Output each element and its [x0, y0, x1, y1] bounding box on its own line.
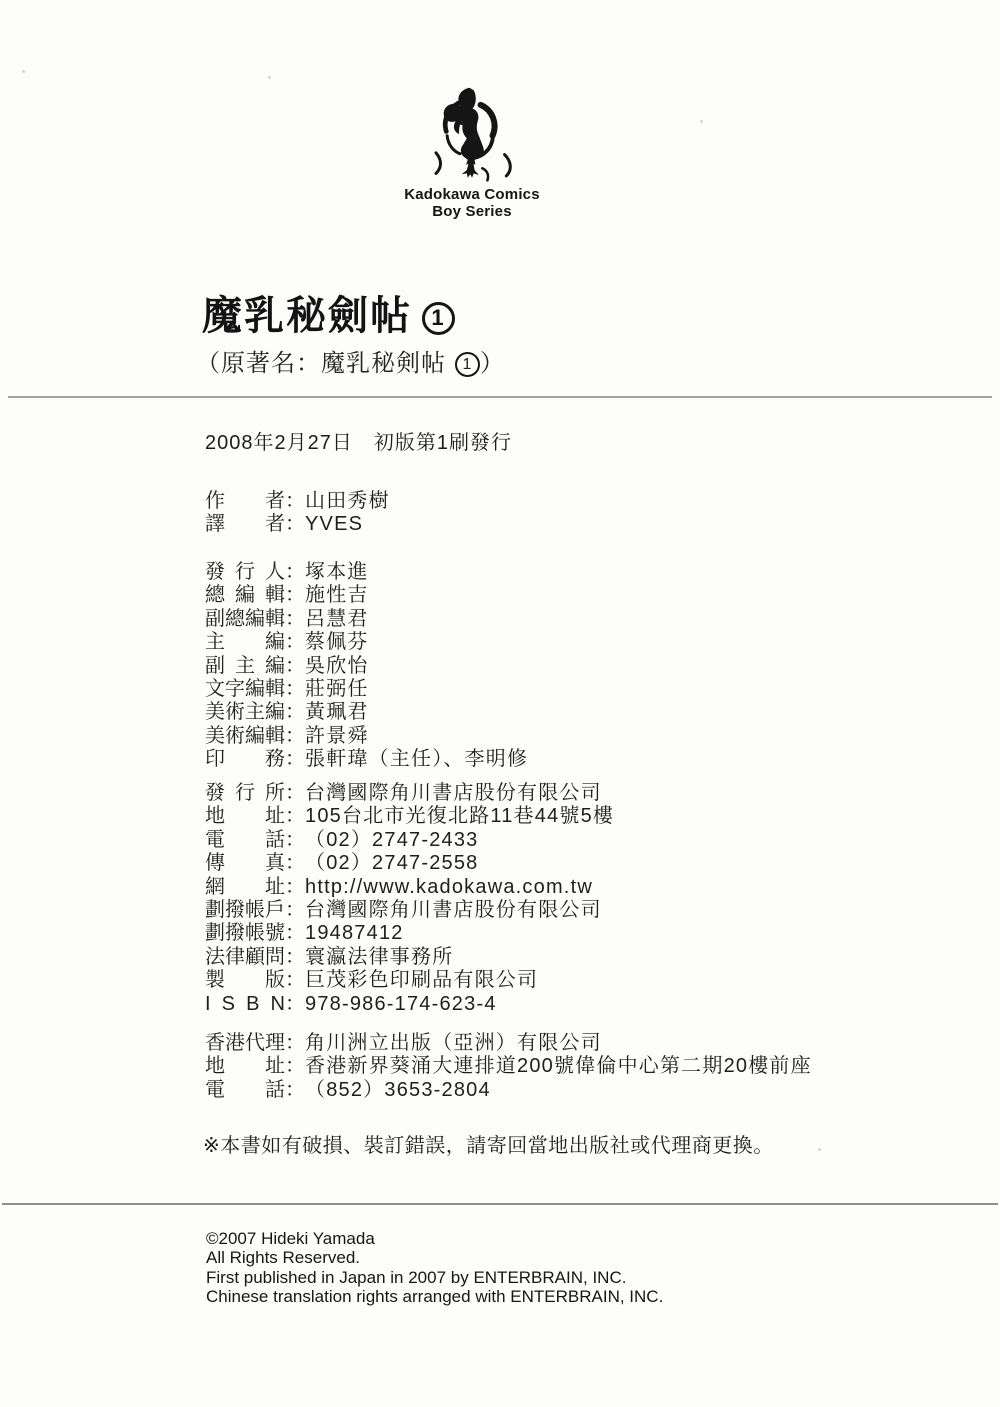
credit-colon: ：	[285, 561, 305, 584]
credit-colon: ：	[285, 655, 305, 678]
credits-author-translator: 作 者：山田秀樹 譯 者：YVES	[205, 490, 390, 537]
publisher-value: 巨茂彩色印刷品有限公司	[305, 969, 538, 992]
credit-row: 發 行 人：塚本進	[205, 561, 528, 584]
publisher-label: 法律顧問	[205, 946, 285, 969]
publisher-row: 發 行 所：台灣國際角川書店股份有限公司	[205, 782, 614, 805]
credit-value: 施性吉	[305, 584, 369, 607]
book-title-text: 魔乳秘劍帖	[202, 294, 412, 338]
credit-colon: ：	[285, 490, 305, 513]
credit-label: 印 務	[205, 748, 285, 771]
credit-colon: ：	[285, 678, 305, 701]
book-title: 魔乳秘劍帖1	[202, 293, 505, 339]
credit-label: 總 編 輯	[205, 584, 285, 607]
copyright-block: ©2007 Hideki Yamada All Rights Reserved.…	[206, 1229, 663, 1307]
publisher-colon: ：	[285, 805, 305, 828]
divider-bottom	[2, 1203, 998, 1205]
credit-row: 印 務：張軒瑋（主任）、李明修	[205, 748, 528, 771]
hk-agent-label: 電 話	[205, 1079, 285, 1102]
credit-value: 山田秀樹	[305, 490, 390, 513]
credit-label: 副 主 編	[205, 655, 285, 678]
credit-row: 副總編輯：呂慧君	[205, 608, 528, 631]
original-volume-number-badge: 1	[455, 352, 480, 377]
credit-value: 莊弼任	[305, 678, 369, 701]
publisher-colon: ：	[285, 782, 305, 805]
credit-label: 譯 者	[205, 513, 285, 536]
replacement-notice: ※本書如有破損、裝訂錯誤，請寄回當地出版社或代理商更換。	[203, 1129, 774, 1158]
divider-top	[8, 396, 992, 398]
credit-value: 吳欣怡	[305, 655, 369, 678]
hk-agent-value: （852）3653-2804	[305, 1079, 491, 1102]
credit-colon: ：	[285, 608, 305, 631]
credit-colon: ：	[285, 513, 305, 536]
title-block: 魔乳秘劍帖1 （原著名：魔乳秘剣帖1）	[202, 293, 505, 378]
publisher-value: 105台北市光復北路11巷44號5樓	[305, 805, 614, 828]
credit-colon: ：	[285, 725, 305, 748]
copyright-line: ©2007 Hideki Yamada	[206, 1229, 663, 1248]
credit-row: 副 主 編：吳欣怡	[205, 655, 528, 678]
original-title-prefix: （原著名：魔乳秘剣帖	[196, 350, 446, 377]
credit-row: 文字編輯：莊弼任	[205, 678, 528, 701]
publisher-colon: ：	[285, 852, 305, 875]
series-name-line1: Kadokawa Comics	[384, 186, 560, 203]
copyright-line: All Rights Reserved.	[206, 1248, 663, 1267]
publisher-row: 地 址：105台北市光復北路11巷44號5樓	[205, 805, 614, 828]
hk-agent-row: 香港代理：角川洲立出版（亞洲）有限公司	[205, 1032, 812, 1055]
copyright-line: First published in Japan in 2007 by ENTE…	[206, 1268, 663, 1287]
credit-value: 黃珮君	[305, 701, 369, 724]
publisher-label: 製 版	[205, 969, 285, 992]
publisher-value: 寰瀛法律事務所	[305, 946, 453, 969]
credit-row: 主 編：蔡佩芬	[205, 631, 528, 654]
hk-agent-label: 香港代理	[205, 1032, 285, 1055]
original-title: （原著名：魔乳秘剣帖1）	[196, 343, 505, 378]
hk-agent-value: 角川洲立出版（亞洲）有限公司	[305, 1032, 602, 1055]
publisher-label: 傳 真	[205, 852, 285, 875]
scan-speck	[700, 120, 703, 123]
publisher-value: http://www.kadokawa.com.tw	[305, 876, 593, 899]
series-name-line2: Boy Series	[384, 203, 560, 220]
publisher-row: 傳 真：（02）2747-2558	[205, 852, 614, 875]
credit-row: 美術編輯：許景舜	[205, 725, 528, 748]
phoenix-logo-icon	[429, 86, 515, 182]
hk-agent-colon: ：	[285, 1055, 305, 1078]
publisher-label: 網 址	[205, 876, 285, 899]
credit-row: 總 編 輯：施性吉	[205, 584, 528, 607]
hk-agent-value: 香港新界葵涌大連排道200號偉倫中心第二期20樓前座	[305, 1055, 812, 1078]
publisher-colon: ：	[285, 829, 305, 852]
credit-label: 作 者	[205, 490, 285, 513]
credit-row: 作 者：山田秀樹	[205, 490, 390, 513]
publisher-row: 法律顧問：寰瀛法律事務所	[205, 946, 614, 969]
publisher-colon: ：	[285, 899, 305, 922]
credit-colon: ：	[285, 631, 305, 654]
credit-label: 發 行 人	[205, 561, 285, 584]
hk-agent-colon: ：	[285, 1032, 305, 1055]
publisher-value: （02）2747-2558	[305, 852, 479, 875]
publisher-row: 劃撥帳戶：台灣國際角川書店股份有限公司	[205, 899, 614, 922]
scan-speck	[22, 70, 25, 73]
credit-colon: ：	[285, 701, 305, 724]
hk-agent-details: 香港代理：角川洲立出版（亞洲）有限公司 地 址：香港新界葵涌大連排道200號偉倫…	[205, 1032, 812, 1102]
credit-label: 主 編	[205, 631, 285, 654]
publisher-colon: ：	[285, 876, 305, 899]
publisher-label: 劃撥帳號	[205, 922, 285, 945]
publisher-label: 發 行 所	[205, 782, 285, 805]
credit-colon: ：	[285, 584, 305, 607]
publisher-colon: ：	[285, 969, 305, 992]
credit-row: 美術主編：黃珮君	[205, 701, 528, 724]
scan-speck	[268, 76, 271, 79]
scan-speck	[818, 1148, 821, 1151]
publisher-label: 地 址	[205, 805, 285, 828]
publisher-value: 台灣國際角川書店股份有限公司	[305, 782, 602, 805]
credit-label: 文字編輯	[205, 678, 285, 701]
credit-value: 塚本進	[305, 561, 369, 584]
publisher-row: 網 址：http://www.kadokawa.com.tw	[205, 876, 614, 899]
publisher-row: I S B N：978-986-174-623-4	[205, 993, 614, 1016]
credit-row: 譯 者：YVES	[205, 513, 390, 536]
credits-editorial-staff: 發 行 人：塚本進 總 編 輯：施性吉 副總編輯：呂慧君 主 編：蔡佩芬 副 主…	[205, 561, 528, 772]
publisher-colon: ：	[285, 946, 305, 969]
publisher-value: 台灣國際角川書店股份有限公司	[305, 899, 602, 922]
credit-colon: ：	[285, 748, 305, 771]
publisher-label: 電 話	[205, 829, 285, 852]
original-title-suffix: ）	[480, 350, 505, 377]
copyright-line: Chinese translation rights arranged with…	[206, 1287, 663, 1306]
publisher-colon: ：	[285, 993, 305, 1016]
publisher-row: 電 話：（02）2747-2433	[205, 829, 614, 852]
publisher-value: 978-986-174-623-4	[305, 993, 497, 1016]
credit-label: 美術編輯	[205, 725, 285, 748]
colophon-page: Kadokawa Comics Boy Series 魔乳秘劍帖1 （原著名：魔…	[0, 0, 1000, 1407]
edition-date-line: 2008年2月27日 初版第1刷發行	[205, 426, 512, 455]
credit-label: 美術主編	[205, 701, 285, 724]
hk-agent-label: 地 址	[205, 1055, 285, 1078]
publisher-details: 發 行 所：台灣國際角川書店股份有限公司 地 址：105台北市光復北路11巷44…	[205, 782, 614, 1016]
credit-value: 蔡佩芬	[305, 631, 369, 654]
publisher-value: （02）2747-2433	[305, 829, 479, 852]
volume-number-badge: 1	[422, 302, 455, 335]
kadokawa-logo-block: Kadokawa Comics Boy Series	[384, 86, 560, 220]
credit-value: 呂慧君	[305, 608, 369, 631]
hk-agent-row: 地 址：香港新界葵涌大連排道200號偉倫中心第二期20樓前座	[205, 1055, 812, 1078]
credit-label: 副總編輯	[205, 608, 285, 631]
credit-value: 許景舜	[305, 725, 369, 748]
publisher-row: 劃撥帳號：19487412	[205, 922, 614, 945]
credit-value: YVES	[305, 513, 363, 536]
hk-agent-row: 電 話：（852）3653-2804	[205, 1079, 812, 1102]
publisher-value: 19487412	[305, 922, 404, 945]
publisher-label: I S B N	[205, 993, 285, 1016]
publisher-row: 製 版：巨茂彩色印刷品有限公司	[205, 969, 614, 992]
publisher-colon: ：	[285, 922, 305, 945]
hk-agent-colon: ：	[285, 1079, 305, 1102]
publisher-label: 劃撥帳戶	[205, 899, 285, 922]
credit-value: 張軒瑋（主任）、李明修	[305, 748, 528, 771]
